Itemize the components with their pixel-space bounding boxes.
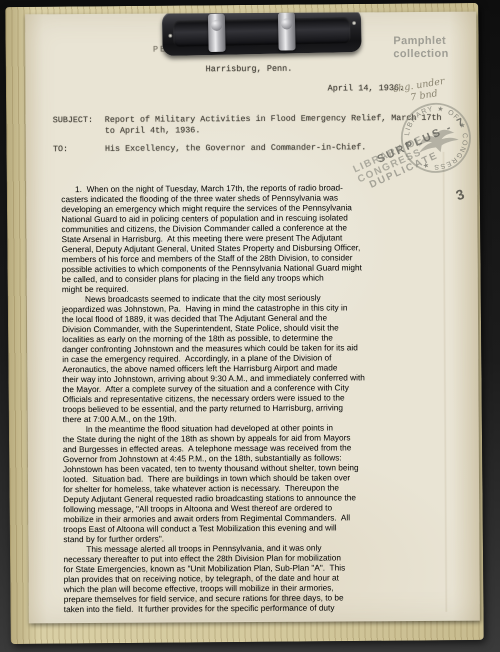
stray-digit-stamp: 3 [454,186,466,204]
letterhead-city: Harrisburg, Penn. [25,63,472,76]
photo-background: PENNSYLVANIA NATIONAL GUARD Harrisburg, … [0,0,500,652]
paper-crease [442,152,448,612]
to-label: TO: [53,144,105,156]
to-value: His Excellency, the Governor and Command… [105,142,366,154]
body-paragraph-2: News broadcasts seemed to indicate that … [62,292,365,424]
clip-glint [168,34,172,38]
subject-row: SUBJECT:Report of Military Activities in… [53,113,442,127]
binder-clip [162,12,362,56]
subject-label: SUBJECT: [53,115,105,127]
binder-clamp-right [278,12,296,50]
binder-clip-slot [173,17,350,47]
body-paragraph-4: This message alerted all troops in Penns… [63,542,366,614]
document-page: PENNSYLVANIA NATIONAL GUARD Harrisburg, … [25,12,480,624]
subject-value-line2: to April 4th, 1936. [105,125,201,137]
body-text: 1. When on the night of Tuesday, March 1… [61,182,366,614]
binder-clamp-left [208,14,226,52]
clip-glint [352,21,356,25]
body-paragraph-1: 1. When on the night of Tuesday, March 1… [61,182,364,294]
to-row: TO:His Excellency, the Governor and Comm… [53,142,366,155]
body-paragraph-3: In the meantime the flood situation had … [63,422,366,544]
